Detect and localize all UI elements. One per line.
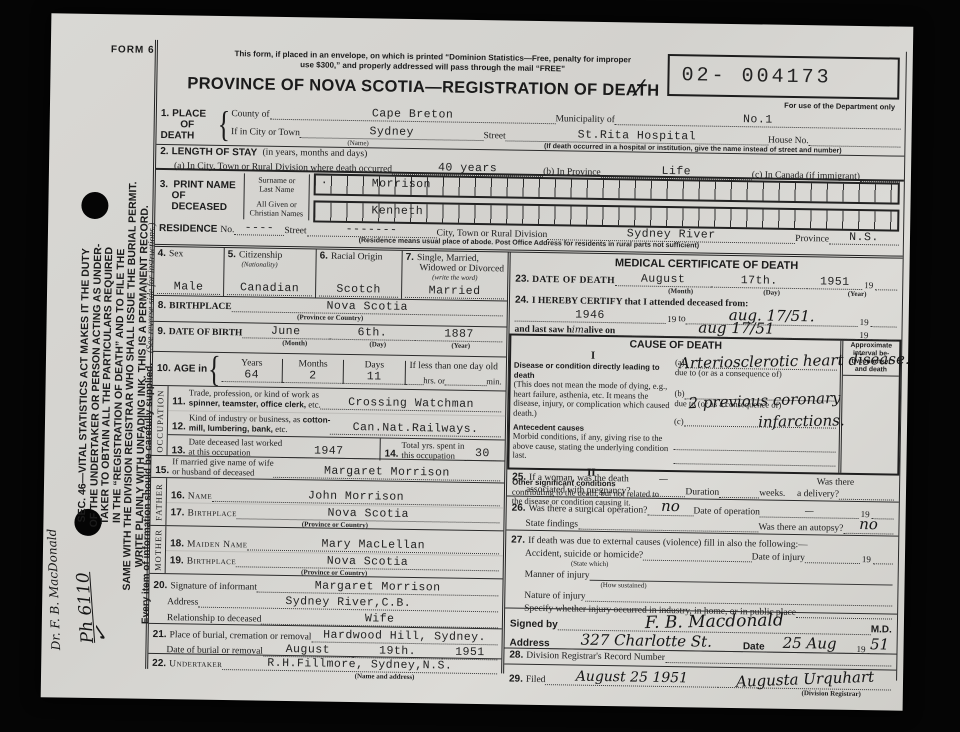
cause-b-value2: infarctions. bbox=[758, 411, 845, 431]
father-birthplace-value: Nova Scotia bbox=[327, 507, 409, 521]
signed-date-year: 51 bbox=[870, 635, 889, 653]
dob-year: 1887 bbox=[444, 327, 474, 340]
physician-signature: F. B. Macdonald bbox=[645, 610, 784, 633]
signed-date: 25 Aug bbox=[783, 634, 837, 653]
stay-city-value: 40 years bbox=[438, 161, 497, 175]
field-q27: 27. If death was due to external causes … bbox=[505, 529, 898, 613]
total-years-value: 30 bbox=[475, 447, 490, 460]
field-age: 10. AGE in { Years 64 Months 2 Day bbox=[153, 351, 506, 391]
residence-province: N.S. bbox=[849, 231, 879, 244]
mother-name-value: Mary MacLellan bbox=[321, 538, 425, 553]
municipality-value: No.1 bbox=[743, 113, 773, 126]
form-title: PROVINCE OF NOVA SCOTIA—REGISTRATION OF … bbox=[187, 74, 659, 100]
group-occupation: OCCUPATION 11. Trade, profession, or kin… bbox=[152, 385, 506, 461]
occupation-side-label: OCCUPATION bbox=[152, 386, 169, 455]
field-informant: 20. Signature of informant Margaret Morr… bbox=[149, 573, 503, 629]
city-value: Sydney bbox=[369, 125, 414, 139]
field-signed: Signed by F. B. Macdonald M.D. Address 3… bbox=[505, 607, 898, 653]
certify-from: 1946 bbox=[575, 309, 605, 322]
scanned-death-certificate: FORM 6 SEC. 46—VITAL STATISTICS ACT MAKE… bbox=[0, 0, 960, 732]
row-4-7: 4.Sex Male 5.Citizenship (Nationality) C… bbox=[154, 247, 508, 301]
lastsaw-fill: im bbox=[572, 324, 584, 335]
q26-dateop: — bbox=[804, 506, 814, 517]
form-number-tag: FORM 6 bbox=[111, 44, 155, 56]
residence-street: ------- bbox=[346, 223, 398, 237]
stay-province-value: Life bbox=[661, 165, 691, 178]
right-column: MEDICAL CERTIFICATE OF DEATH 23. DATE OF… bbox=[504, 253, 903, 680]
q25-value: — bbox=[629, 473, 669, 485]
left-column: 4.Sex Male 5.Citizenship (Nationality) C… bbox=[148, 247, 511, 674]
form-header: This form, if placed in an envelope, on … bbox=[157, 40, 906, 114]
industry-value: Can.Nat.Railways. bbox=[353, 421, 479, 436]
mother-birthplace-value: Nova Scotia bbox=[327, 555, 409, 569]
given-name-value: Kenneth bbox=[371, 204, 423, 218]
residence-city: Sydney River bbox=[627, 227, 716, 241]
field-certify: 24. I HEREBY CERTIFY that I attended dec… bbox=[509, 292, 902, 340]
residence-no: ---- bbox=[245, 221, 275, 234]
filed-date: August 25 1951 bbox=[576, 669, 689, 687]
paper-sheet: FORM 6 SEC. 46—VITAL STATISTICS ACT MAKE… bbox=[41, 13, 914, 710]
informant-address: Sydney River,C.B. bbox=[285, 595, 411, 610]
group-mother: MOTHER 18. Maiden Name Mary MacLellan 19… bbox=[150, 525, 504, 579]
group-father: FATHER 16. Name John Morrison 17. Birthp… bbox=[150, 477, 504, 531]
burial-place-value: Hardwood Hill, Sydney. bbox=[323, 629, 486, 645]
form-columns: 4.Sex Male 5.Citizenship (Nationality) C… bbox=[148, 244, 903, 680]
last-worked-value: 1947 bbox=[314, 444, 344, 457]
surname-value: Morrison bbox=[372, 177, 431, 191]
registration-form: This form, if placed in an envelope, on … bbox=[145, 40, 907, 681]
registrar-signature: Augusta Urquhart bbox=[735, 668, 874, 691]
trade-value: Crossing Watchman bbox=[348, 396, 474, 411]
dod-year: 1951 bbox=[820, 275, 850, 288]
father-side-label: FATHER bbox=[150, 478, 167, 525]
dob-month: June bbox=[271, 325, 301, 338]
dod-day: 17th. bbox=[741, 274, 778, 288]
marital-status-value: Married bbox=[405, 284, 504, 300]
county-value: Cape Breton bbox=[372, 107, 454, 121]
father-name-value: John Morrison bbox=[308, 489, 404, 504]
sex-value: Male bbox=[157, 280, 220, 295]
undertaker-value: R.H.Fillmore, Sydney,N.S. bbox=[267, 657, 452, 673]
informant-signature: Margaret Morrison bbox=[315, 579, 441, 594]
mail-note: This form, if placed in an envelope, on … bbox=[218, 49, 648, 76]
cause-of-death-box: CAUSE OF DEATH I Disease or condition di… bbox=[507, 334, 901, 476]
q26-autopsy: no bbox=[859, 515, 878, 533]
spouse-value: Margaret Morrison bbox=[324, 465, 450, 480]
q26-value: no bbox=[661, 497, 680, 515]
physician-address: 327 Charlotte St. bbox=[581, 631, 713, 651]
age-days: 11 bbox=[344, 369, 404, 384]
margin-handwriting-doctor: Dr. F. B. MacDonald bbox=[43, 470, 64, 650]
informant-relationship: Wife bbox=[365, 612, 395, 625]
racial-origin-value: Scotch bbox=[319, 283, 398, 298]
registration-number-box: 02- 004173 bbox=[667, 54, 900, 100]
department-note: For use of the Department only bbox=[784, 101, 895, 112]
age-years: 64 bbox=[221, 367, 281, 382]
citizenship-value: Canadian bbox=[227, 281, 312, 296]
age-months: 2 bbox=[283, 368, 343, 383]
place-brace: { bbox=[216, 111, 231, 139]
dob-day: 6th. bbox=[357, 326, 387, 339]
registration-number: 02- 004173 bbox=[681, 64, 831, 89]
mother-side-label: MOTHER bbox=[150, 526, 167, 573]
lastsaw-date: aug 17/51 bbox=[698, 318, 774, 337]
street-value: St.Rita Hospital bbox=[578, 129, 697, 144]
birthplace-value: Nova Scotia bbox=[326, 300, 408, 314]
dod-month: August bbox=[641, 273, 686, 287]
